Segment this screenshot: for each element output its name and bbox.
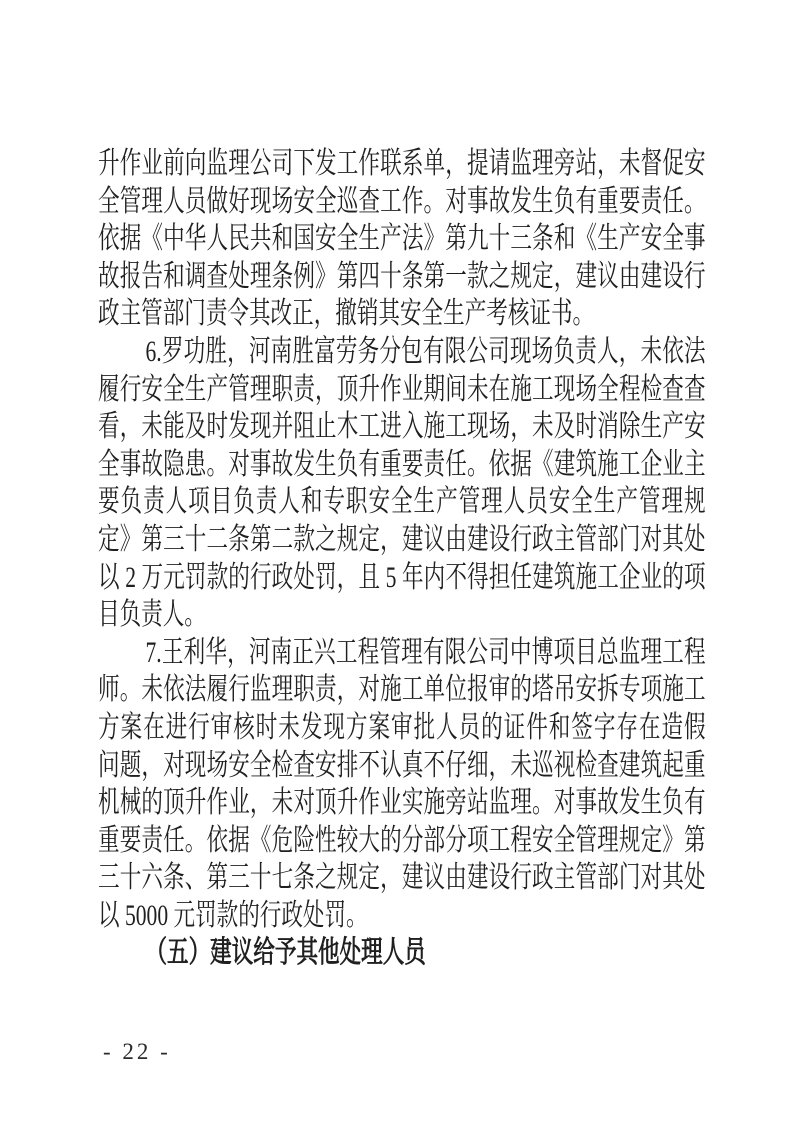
paragraph-item-6: 6.罗功胜，河南胜富劳务分包有限公司现场负责人，未依法履行安全生产管理职责，顶升…	[98, 333, 706, 634]
text-line: 定》第三十二条第二款之规定，建议由建设行政主管部门对其处	[98, 521, 706, 559]
text-line: 全事故隐患。对事故发生负有重要责任。依据《建筑施工企业主	[98, 446, 706, 484]
document-page: 升作业前向监理公司下发工作联系单，提请监理旁站，未督促安全管理人员做好现场安全巡…	[0, 0, 793, 1122]
text-line: 要负责人项目负责人和专职安全生产管理人员安全生产管理规	[98, 483, 706, 521]
text-line: 依据《中华人民共和国安全生产法》第九十三条和《生产安全事	[98, 220, 706, 258]
text-line: 履行安全生产管理职责，顶升作业期间未在施工现场全程检查查	[98, 371, 706, 409]
text-line: 7.王利华，河南正兴工程管理有限公司中博项目总监理工程	[98, 634, 706, 672]
document-body: 升作业前向监理公司下发工作联系单，提请监理旁站，未督促安全管理人员做好现场安全巡…	[98, 145, 706, 972]
text-line: （五）建议给予其他处理人员	[98, 934, 706, 972]
text-line: 重要责任。依据《危险性较大的分部分项工程安全管理规定》第	[98, 822, 706, 860]
section-heading-5: （五）建议给予其他处理人员	[98, 934, 706, 972]
text-line: 看，未能及时发现并阻止木工进入施工现场，未及时消除生产安	[98, 408, 706, 446]
text-line: 故报告和调查处理条例》第四十条第一款之规定，建议由建设行	[98, 258, 706, 296]
text-line: 问题，对现场安全检查安排不认真不仔细，未巡视检查建筑起重	[98, 747, 706, 785]
text-line: 目负责人。	[98, 596, 706, 634]
text-line: 方案在进行审核时未发现方案审批人员的证件和签字存在造假	[98, 709, 706, 747]
text-line: 师。未依法履行监理职责，对施工单位报审的塔吊安拆专项施工	[98, 671, 706, 709]
page-number: - 22 -	[103, 1039, 171, 1065]
text-line: 升作业前向监理公司下发工作联系单，提请监理旁站，未督促安	[98, 145, 706, 183]
text-line: 全管理人员做好现场安全巡查工作。对事故发生负有重要责任。	[98, 183, 706, 221]
text-line: 以 5000 元罚款的行政处罚。	[98, 897, 706, 935]
text-line: 三十六条、第三十七条之规定，建议由建设行政主管部门对其处	[98, 859, 706, 897]
text-line: 以 2 万元罚款的行政处罚，且 5 年内不得担任建筑施工企业的项	[98, 559, 706, 597]
text-line: 机械的顶升作业，未对顶升作业实施旁站监理。对事故发生负有	[98, 784, 706, 822]
text-line: 6.罗功胜，河南胜富劳务分包有限公司现场负责人，未依法	[98, 333, 706, 371]
text-line: 政主管部门责令其改正，撤销其安全生产考核证书。	[98, 295, 706, 333]
paragraph-continuation: 升作业前向监理公司下发工作联系单，提请监理旁站，未督促安全管理人员做好现场安全巡…	[98, 145, 706, 333]
paragraph-item-7: 7.王利华，河南正兴工程管理有限公司中博项目总监理工程师。未依法履行监理职责，对…	[98, 634, 706, 935]
